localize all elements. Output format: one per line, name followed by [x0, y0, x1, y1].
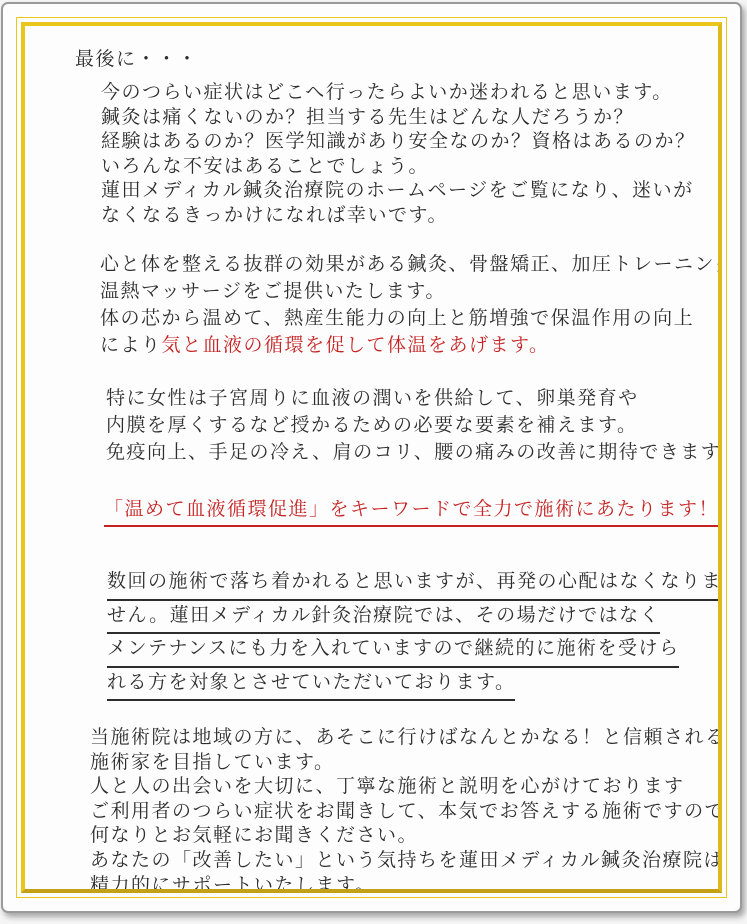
text-line: れる方を対象とさせていただいております。: [107, 668, 706, 702]
trust-paragraph: 当施術院は地域の方に、あそこに行けばなんとかなる！と信頼される施術家を目指してい…: [90, 725, 706, 893]
text-line: 精力的にサポートいたします。: [90, 873, 706, 893]
text-line: 人と人の出会いを大切に、丁寧な施術と説明を心がけております: [90, 774, 706, 799]
body-text: ご利用者のつらい症状をお聞きして、本気でお答えする施術ですので: [90, 800, 722, 822]
text-line: 内膜を厚くするなど授かるための必要な要素を補えます。: [106, 412, 706, 439]
text-line: あなたの「改善したい」という気持ちを蓮田メディカル鍼灸治療院は: [90, 848, 706, 873]
text-line: 体の芯から温めて、熱産生能力の向上と筋増強で保温作用の向上: [100, 305, 706, 332]
text-line: 鍼灸は痛くないのか？担当する先生はどんな人だろうか？: [101, 105, 706, 130]
body-text: あなたの「改善したい」という気持ちを蓮田メディカル鍼灸治療院は: [90, 849, 722, 871]
hesitation-paragraph: 今のつらい症状はどこへ行ったらよいか迷われると思います。鍼灸は痛くないのか？担当…: [101, 80, 706, 227]
gold-frame-outer: 最後に・・・ 今のつらい症状はどこへ行ったらよいか迷われると思います。鍼灸は痛く…: [16, 17, 727, 898]
letter-card: 最後に・・・ 今のつらい症状はどこへ行ったらよいか迷われると思います。鍼灸は痛く…: [1, 2, 742, 913]
gold-frame-inner: 最後に・・・ 今のつらい症状はどこへ行ったらよいか迷われると思います。鍼灸は痛く…: [21, 22, 722, 893]
text-line: メンテナンスにも力を入れていますので継続的に施術を受けら: [107, 634, 706, 668]
keyword-banner: 「温めて血液循環促進」をキーワードで全力で施術にあたります！: [104, 496, 706, 527]
text-line: により気と血液の循環を促して体温をあげます。: [100, 332, 706, 359]
body-text: 何なりとお気軽にお聞きください。: [90, 824, 418, 846]
body-text: 鍼灸は痛くないのか？担当する先生はどんな人だろうか？: [101, 106, 634, 128]
body-text: 経験はあるのか？医学知識があり安全なのか？資格はあるのか？: [101, 130, 696, 152]
body-text: 体の芯から温めて、熱産生能力の向上と筋増強で保温作用の向上: [100, 307, 694, 329]
text-line: いろんな不安はあることでしょう。: [101, 154, 706, 179]
text-line: 何なりとお気軽にお聞きください。: [90, 823, 706, 848]
body-text: 蓮田メディカル鍼灸治療院のホームページをご覧になり、迷いが: [101, 179, 694, 201]
letter-content: 最後に・・・ 今のつらい症状はどこへ行ったらよいか迷われると思います。鍼灸は痛く…: [49, 46, 706, 865]
text-line: 経験はあるのか？医学知識があり安全なのか？資格はあるのか？: [101, 129, 706, 154]
text-line: 特に女性は子宮周りに血液の潤いを供給して、卵巣発育や: [106, 385, 706, 412]
closing-heading: 最後に・・・: [75, 46, 706, 72]
body-text: 最後に・・・: [75, 48, 198, 70]
text-line: せん。蓮田メディカル針灸治療院では、その場だけではなく: [107, 601, 706, 635]
body-text: 人と人の出会いを大切に、丁寧な施術と説明を心がけております: [90, 775, 685, 797]
text-line: 施術家を目指しています。: [90, 750, 706, 775]
text-line: 今のつらい症状はどこへ行ったらよいか迷われると思います。: [101, 80, 706, 105]
women-health-paragraph: 特に女性は子宮周りに血液の潤いを供給して、卵巣発育や内膜を厚くするなど授かるため…: [106, 385, 706, 466]
body-text: 当施術院は地域の方に、あそこに行けばなんとかなる！と信頼される: [90, 726, 722, 748]
body-text: 施術家を目指しています。: [90, 751, 334, 773]
text-line: なくなるきっかけになれば幸いです。: [101, 203, 706, 228]
body-text: 温熱マッサージをご提供いたします。: [100, 280, 446, 302]
body-text: いろんな不安はあることでしょう。: [101, 155, 429, 177]
body-text: メンテナンスにも力を入れていますので継続的に施術を受けら: [107, 637, 679, 659]
body-text: 内膜を厚くするなど授かるための必要な要素を補えます。: [106, 414, 637, 436]
body-text: なくなるきっかけになれば幸いです。: [101, 204, 448, 226]
body-text: 精力的にサポートいたします。: [90, 874, 375, 893]
text-line: 当施術院は地域の方に、あそこに行けばなんとかなる！と信頼される: [90, 725, 706, 750]
text-line: 蓮田メディカル鍼灸治療院のホームページをご覧になり、迷いが: [101, 178, 706, 203]
body-text: 心と体を整える抜群の効果がある鍼灸、骨盤矯正、加圧トレーニング: [100, 253, 722, 275]
text-line: 数回の施術で落ち着かれると思いますが、再発の心配はなくなりま: [107, 567, 706, 601]
body-text: 特に女性は子宮周りに血液の潤いを供給して、卵巣発育や: [106, 387, 639, 409]
text-line: 温熱マッサージをご提供いたします。: [100, 278, 706, 305]
body-text: れる方を対象とさせていただいております。: [107, 671, 515, 693]
emphasis-red-text: 「温めて血液循環促進」をキーワードで全力で施術にあたります！: [104, 498, 719, 520]
text-line: ご利用者のつらい症状をお聞きして、本気でお答えする施術ですので: [90, 799, 706, 824]
text-line: 心と体を整える抜群の効果がある鍼灸、骨盤矯正、加圧トレーニング: [100, 251, 706, 278]
body-text: 数回の施術で落ち着かれると思いますが、再発の心配はなくなりま: [107, 570, 722, 592]
text-line: 免疫向上、手足の冷え、肩のコリ、腰の痛みの改善に期待できます。: [106, 439, 706, 466]
body-text: により: [100, 334, 162, 356]
body-text: 免疫向上、手足の冷え、肩のコリ、腰の痛みの改善に期待できます。: [106, 441, 722, 463]
text-line: 最後に・・・: [75, 46, 706, 72]
services-paragraph: 心と体を整える抜群の効果がある鍼灸、骨盤矯正、加圧トレーニング温熱マッサージをご…: [100, 251, 706, 359]
maintenance-paragraph: 数回の施術で落ち着かれると思いますが、再発の心配はなくなりません。蓮田メディカル…: [107, 567, 706, 701]
text-line: 「温めて血液循環促進」をキーワードで全力で施術にあたります！: [104, 496, 706, 527]
body-text: 今のつらい症状はどこへ行ったらよいか迷われると思います。: [101, 81, 673, 103]
emphasis-red-text: 気と血液の循環を促して体温をあげます。: [162, 334, 550, 356]
body-text: せん。蓮田メディカル針灸治療院では、その場だけではなく: [107, 604, 660, 626]
